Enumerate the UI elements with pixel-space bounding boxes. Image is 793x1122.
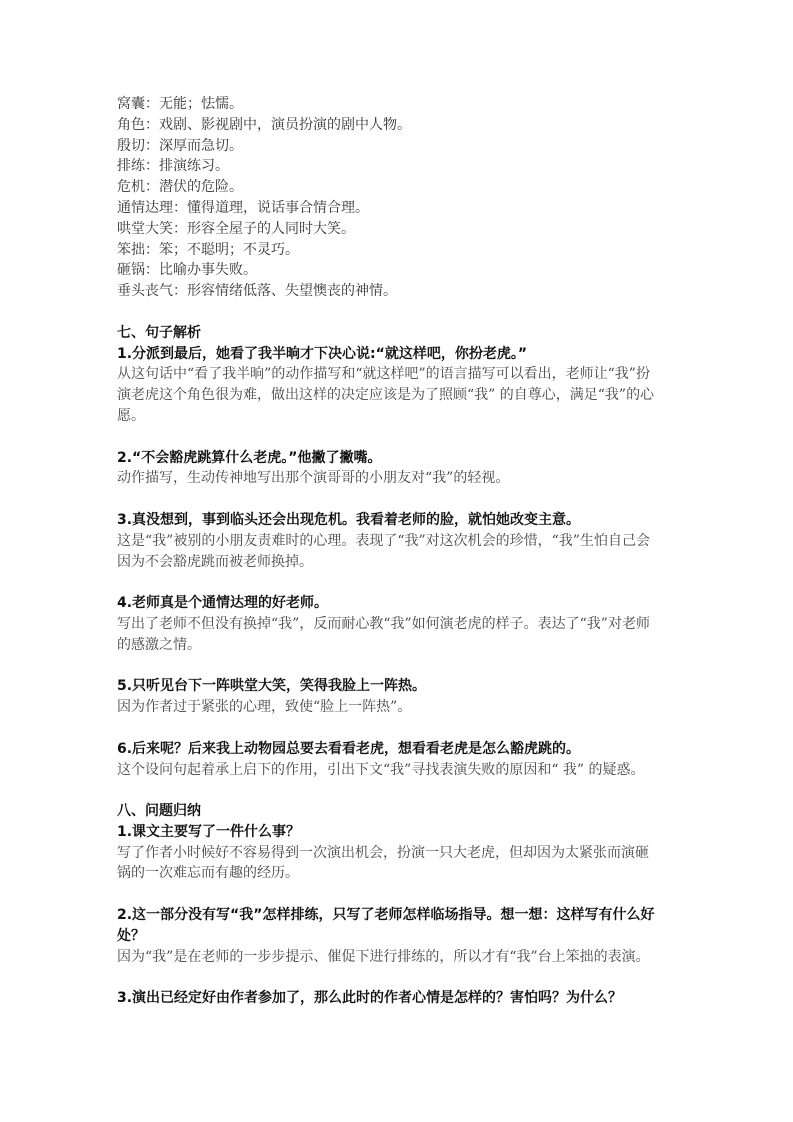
vocab-item: 角色：戏剧、影视剧中，演员扮演的剧中人物。 (117, 115, 682, 136)
question-item: 1.课文主要写了一件什么事？ 写了作者小时候好不容易得到一次演出机会，扮演一只大… (117, 822, 682, 884)
analysis-text: 这个设问句起着承上启下的作用，引出下文“我”寻找表演失败的原因和“ 我” 的疑惑… (117, 760, 682, 781)
question-text: 3.演出已经定好由作者参加了，那么此时的作者心情是怎样的？害怕吗？为什么？ (117, 988, 682, 1009)
vocab-item: 窝囊：无能；怯懦。 (117, 94, 682, 115)
spacer (117, 780, 682, 801)
analysis-text: 从这句话中“看了我半晌”的动作描写和“就这样吧”的语言描写可以看出，老师让“我”… (117, 364, 682, 385)
vocab-item: 通情达理：懂得道理，说话事合情合理。 (117, 198, 682, 219)
analysis-item: 6.后来呢？后来我上动物园总要去看看老虎，想看看老虎是怎么豁虎跳的。 这个设问句… (117, 739, 682, 781)
sentence-quote: 4.老师真是个通情达理的好老师。 (117, 593, 682, 614)
question-text: 1.课文主要写了一件什么事？ (117, 822, 682, 843)
sentence-quote: 1.分派到最后，她看了我半晌才下决心说:“就这样吧，你扮老虎。” (117, 344, 682, 365)
question-text: 2.这一部分没有写“我”怎样排练，只写了老师怎样临场指导。想一想：这样写有什么好 (117, 905, 682, 926)
vocab-item: 殷切：深厚而急切。 (117, 136, 682, 157)
spacer (117, 718, 682, 739)
section-question-summary: 八、问题归纳 1.课文主要写了一件什么事？ 写了作者小时候好不容易得到一次演出机… (117, 801, 682, 1009)
answer-text: 写了作者小时候好不容易得到一次演出机会，扮演一只大老虎，但却因为太紧张而演砸 (117, 843, 682, 864)
vocabulary-list: 窝囊：无能；怯懦。 角色：戏剧、影视剧中，演员扮演的剧中人物。 殷切：深厚而急切… (117, 94, 682, 302)
vocab-item: 哄堂大笑：形容全屋子的人同时大笑。 (117, 219, 682, 240)
section-title: 八、问题归纳 (117, 801, 682, 822)
analysis-item: 5.只听见台下一阵哄堂大笑，笑得我脸上一阵热。 因为作者过于紧张的心理，致使“脸… (117, 676, 682, 718)
vocab-item: 危机：潜伏的危险。 (117, 177, 682, 198)
sentence-quote: 6.后来呢？后来我上动物园总要去看看老虎，想看看老虎是怎么豁虎跳的。 (117, 739, 682, 760)
spacer (117, 302, 682, 323)
analysis-text: 这是“我”被别的小朋友责难时的心理。表现了“我”对这次机会的珍惜，“我”生怕自己… (117, 531, 682, 552)
spacer (117, 572, 682, 593)
vocab-item: 排练：排演练习。 (117, 156, 682, 177)
sentence-quote: 3.真没想到，事到临头还会出现危机。我看着老师的脸，就怕她改变主意。 (117, 510, 682, 531)
section-sentence-analysis: 七、句子解析 1.分派到最后，她看了我半晌才下决心说:“就这样吧，你扮老虎。” … (117, 323, 682, 781)
question-item: 2.这一部分没有写“我”怎样排练，只写了老师怎样临场指导。想一想：这样写有什么好… (117, 905, 682, 967)
document-page: 窝囊：无能；怯懦。 角色：戏剧、影视剧中，演员扮演的剧中人物。 殷切：深厚而急切… (117, 94, 682, 1009)
spacer (117, 967, 682, 988)
analysis-text: 动作描写，生动传神地写出那个演哥哥的小朋友对“我”的轻视。 (117, 468, 682, 489)
answer-text: 锅的一次难忘而有趣的经历。 (117, 863, 682, 884)
question-item: 3.演出已经定好由作者参加了，那么此时的作者心情是怎样的？害怕吗？为什么？ (117, 988, 682, 1009)
analysis-item: 1.分派到最后，她看了我半晌才下决心说:“就这样吧，你扮老虎。” 从这句话中“看… (117, 344, 682, 427)
spacer (117, 656, 682, 677)
vocab-item: 笨拙：笨；不聪明；不灵巧。 (117, 240, 682, 261)
section-title: 七、句子解析 (117, 323, 682, 344)
sentence-quote: 5.只听见台下一阵哄堂大笑，笑得我脸上一阵热。 (117, 676, 682, 697)
vocab-item: 垂头丧气：形容情绪低落、失望懊丧的神情。 (117, 281, 682, 302)
sentence-quote: 2.“不会豁虎跳算什么老虎。”他撇了撇嘴。 (117, 448, 682, 469)
vocab-item: 砸锅：比喻办事失败。 (117, 260, 682, 281)
question-text: 处？ (117, 926, 682, 947)
analysis-text: 的感激之情。 (117, 635, 682, 656)
analysis-item: 2.“不会豁虎跳算什么老虎。”他撇了撇嘴。 动作描写，生动传神地写出那个演哥哥的… (117, 448, 682, 490)
analysis-text: 演老虎这个角色很为难，做出这样的决定应该是为了照顾“我” 的自尊心，满足“我”的… (117, 385, 682, 406)
analysis-text: 因为作者过于紧张的心理，致使“脸上一阵热”。 (117, 697, 682, 718)
analysis-text: 愿。 (117, 406, 682, 427)
analysis-item: 3.真没想到，事到临头还会出现危机。我看着老师的脸，就怕她改变主意。 这是“我”… (117, 510, 682, 572)
analysis-item: 4.老师真是个通情达理的好老师。 写出了老师不但没有换掉“我”，反而耐心教“我”… (117, 593, 682, 655)
analysis-text: 因为不会豁虎跳而被老师换掉。 (117, 552, 682, 573)
analysis-text: 写出了老师不但没有换掉“我”，反而耐心教“我”如何演老虎的样子。表达了“我”对老… (117, 614, 682, 635)
spacer (117, 489, 682, 510)
spacer (117, 427, 682, 448)
answer-text: 因为“我”是在老师的一步步提示、催促下进行排练的，所以才有“我”台上笨拙的表演。 (117, 947, 682, 968)
spacer (117, 884, 682, 905)
